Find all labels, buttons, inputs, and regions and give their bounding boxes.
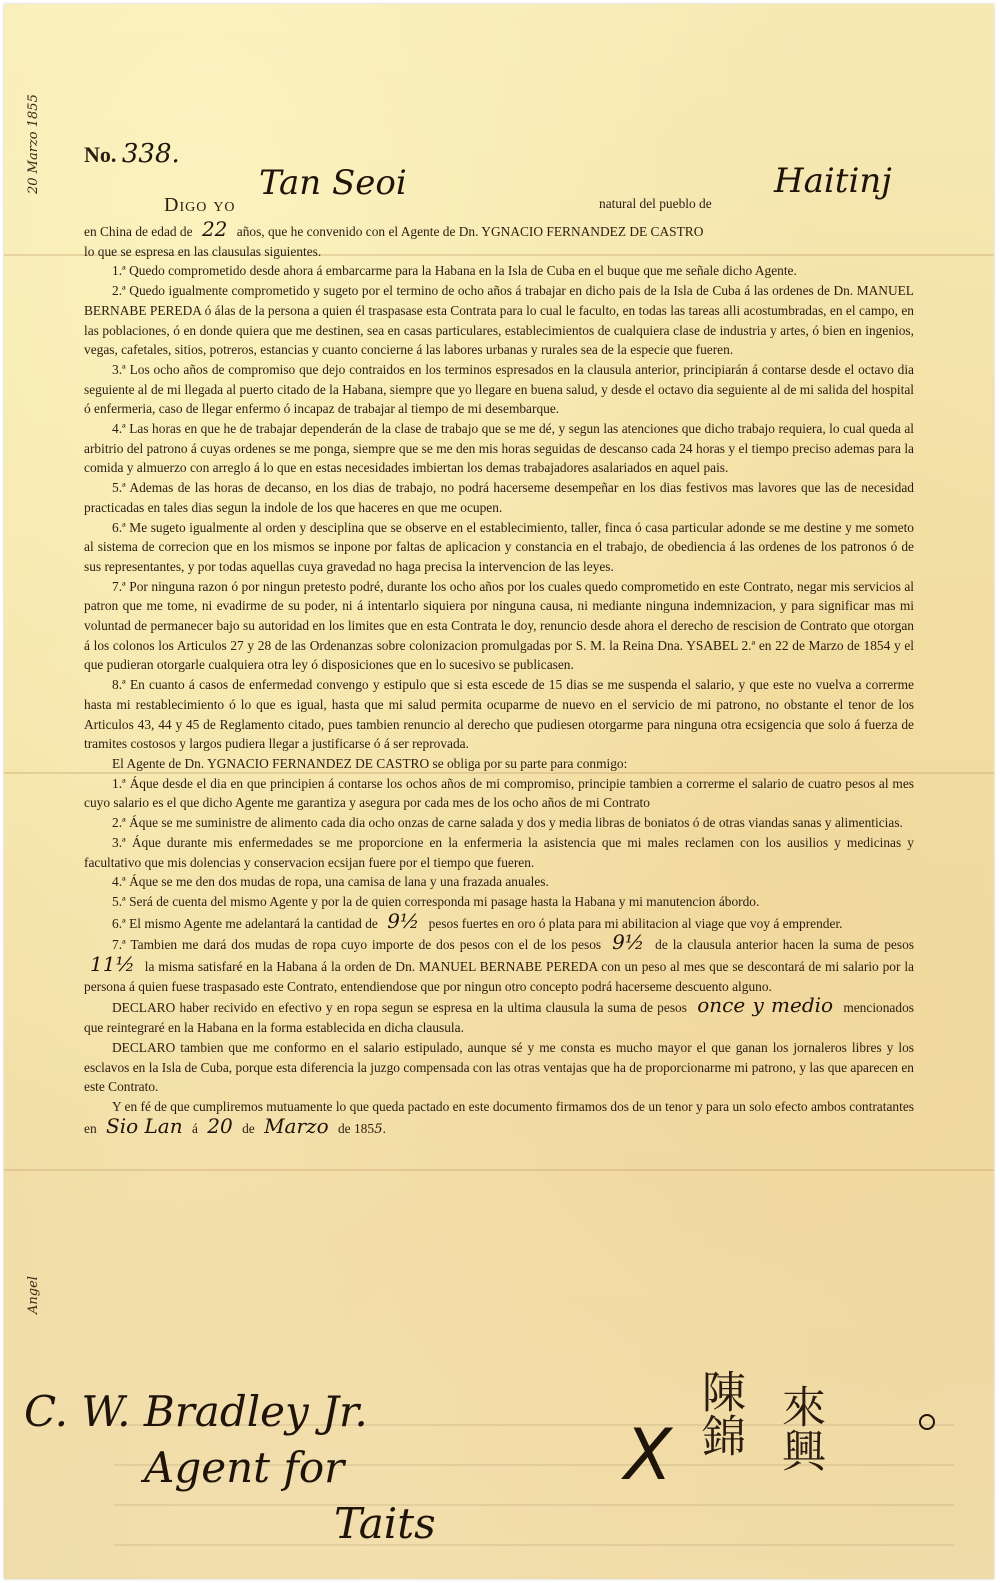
name-handwritten: Tan Seoi — [259, 174, 407, 194]
signing-year-digit: 5 — [374, 1122, 383, 1137]
agent-clause-7: 7.ª Tambien me dará dos mudas de ropa cu… — [84, 933, 914, 996]
contract-body: Digo yo Tan Seoi natural del pueblo de H… — [84, 182, 914, 1139]
clothing-amount: 9½ — [606, 930, 650, 954]
number-value: 338. — [122, 139, 180, 169]
agent-clause-5: 5.ª Será de cuenta del mismo Agente y po… — [84, 892, 914, 912]
circle-mark — [919, 1414, 935, 1430]
declaration-1: DECLARO haber recivido en efectivo y en … — [84, 996, 914, 1037]
clause-6: 6.ª Me sugeto igualmente al orden y desc… — [84, 518, 914, 577]
margin-note-signature: Angel — [26, 1276, 41, 1314]
natural-label: natural del pueblo de — [599, 194, 712, 214]
clause-1: 1.ª Quedo comprometido desde ahora á emb… — [84, 261, 914, 281]
signing-place: Sio Lan — [100, 1114, 189, 1138]
margin-note-date: 20 Marzo 1855 — [26, 94, 41, 194]
advance-amount: 9½ — [381, 909, 425, 933]
agent-clause-3: 3.ª Áque durante mis enfermedades se me … — [84, 833, 914, 872]
signing-day: 20 — [201, 1114, 238, 1138]
chinese-signature-2: 來興 — [774, 1384, 824, 1472]
clause-7: 7.ª Por ninguna razon ó por ningun prete… — [84, 577, 914, 676]
intro-line3: lo que se espresa en las clausulas sigui… — [84, 242, 914, 262]
agent-signature: C. W. Bradley Jr. Agent for Taits — [24, 1384, 436, 1552]
town-handwritten: Haitinj — [774, 172, 892, 192]
worker-mark: X — [624, 1414, 672, 1496]
age-handwritten: 22 — [196, 217, 233, 241]
intro-line: Digo yo Tan Seoi natural del pueblo de H… — [84, 182, 914, 220]
clause-8: 8.ª En cuanto á casos de enfermedad conv… — [84, 675, 914, 754]
total-amount: 11½ — [84, 952, 141, 976]
agent-clause-6: 6.ª El mismo Agente me adelantará la can… — [84, 912, 914, 934]
agent-clause-1: 1.ª Áque desde el dia en que principien … — [84, 774, 914, 813]
age-line: en China de edad de 22 años, que he conv… — [84, 220, 914, 242]
number-label: No. — [84, 142, 116, 167]
contract-document: 20 Marzo 1855 Angel No. 338. Digo yo Tan… — [4, 4, 994, 1579]
signature-area: C. W. Bradley Jr. Agent for Taits X 陳錦 來… — [4, 1364, 994, 1579]
clause-2: 2.ª Quedo igualmente comprometido y suge… — [84, 281, 914, 360]
agent-clause-4: 4.ª Áque se me den dos mudas de ropa, un… — [84, 872, 914, 892]
closing-statement: Y en fé de que cumpliremos mutuamente lo… — [84, 1097, 914, 1139]
document-number: No. 338. — [84, 139, 180, 169]
clause-3: 3.ª Los ocho años de compromiso que dejo… — [84, 360, 914, 419]
chinese-signature-1: 陳錦 — [694, 1369, 744, 1457]
clause-5: 5.ª Ademas de las horas de decanso, en l… — [84, 478, 914, 517]
agent-clause-2: 2.ª Áque se me suministre de alimento ca… — [84, 813, 914, 833]
received-amount: once y medio — [691, 993, 839, 1017]
fold-line — [4, 1169, 994, 1171]
agent-intro: El Agente de Dn. YGNACIO FERNANDEZ DE CA… — [84, 754, 914, 774]
digo-yo: Digo yo — [164, 196, 236, 216]
clause-4: 4.ª Las horas en que he de trabajar depe… — [84, 419, 914, 478]
signing-month: Marzo — [258, 1114, 335, 1138]
declaration-2: DECLARO tambien que me conformo en el sa… — [84, 1038, 914, 1097]
